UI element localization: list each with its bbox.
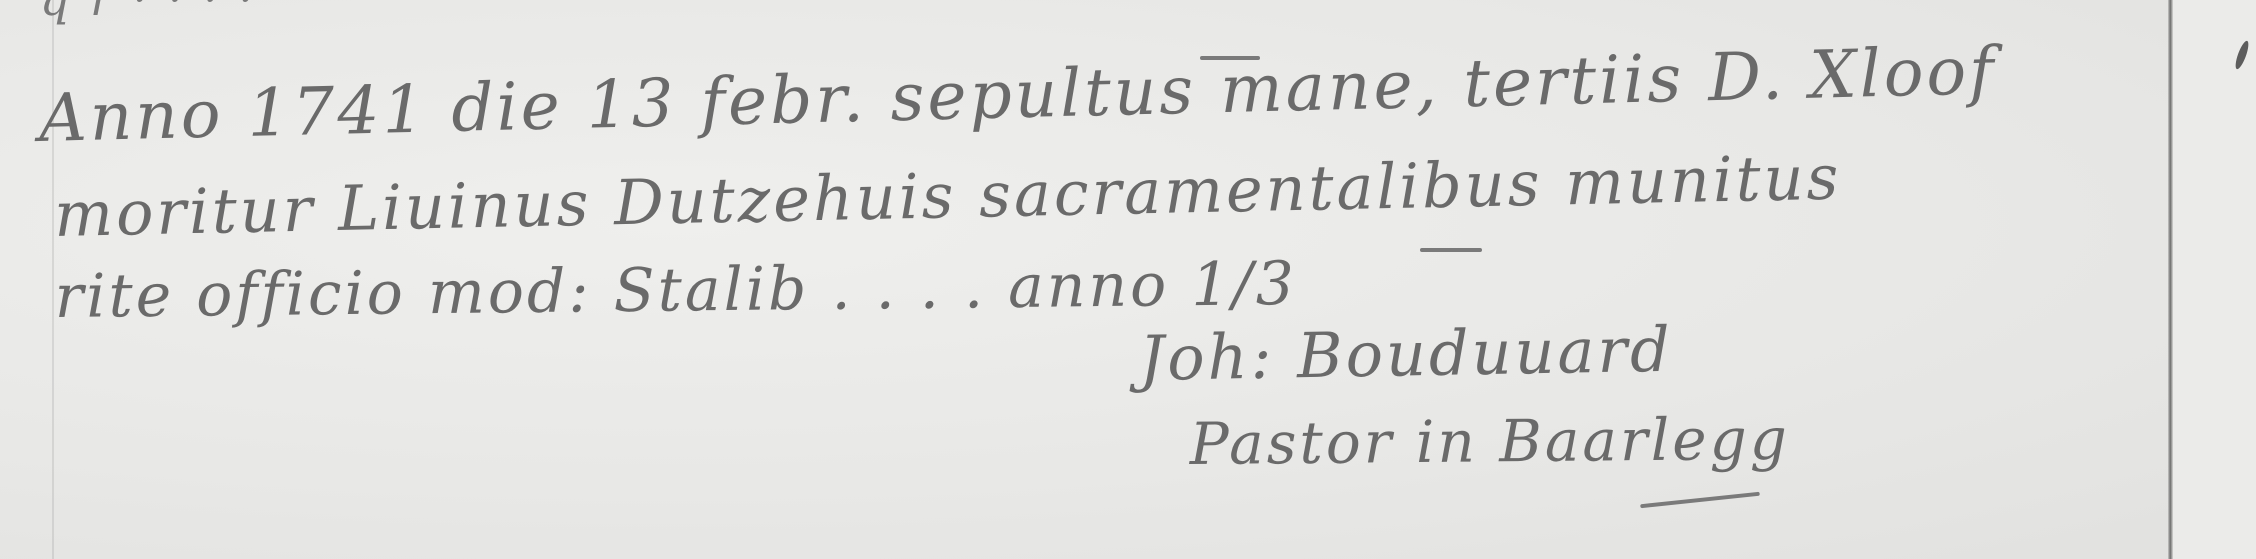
entry-line-2: moritur Liuinus Dutzehuis sacramentalibu… — [53, 141, 1842, 251]
previous-entry-fragment: q r · · · · — [40, 0, 256, 26]
abbreviation-mark — [1420, 248, 1482, 252]
facing-page-edge — [2173, 0, 2256, 559]
entry-line-3: rite officio mod: Stalib . . . . anno 1/… — [54, 249, 1297, 332]
signature-flourish — [1640, 492, 1760, 509]
signature-title: Pastor in Baarlegg — [1189, 405, 1790, 478]
entry-line-1: Anno 1741 die 13 febr. sepultus mane, te… — [38, 32, 1997, 157]
signature-name: Joh: Bouduuard — [1139, 313, 1674, 395]
manuscript-page: q r · · · · Anno 1741 die 13 febr. sepul… — [0, 0, 2256, 559]
abbreviation-mark — [1200, 56, 1260, 60]
